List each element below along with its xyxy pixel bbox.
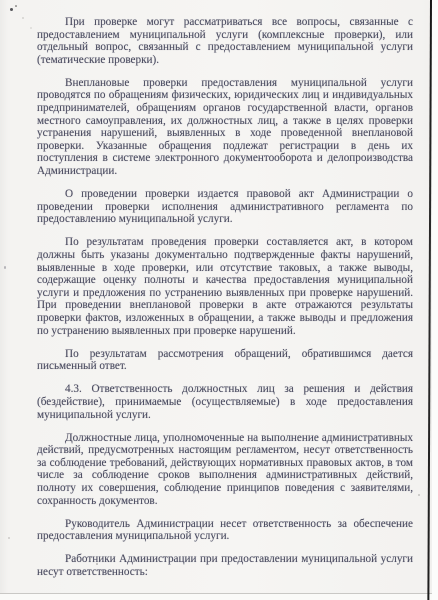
document-text: При проверке могут рассматриваться все в… (37, 16, 413, 579)
paragraph-unscheduled-inspections: Внеплановые проверки предоставления муни… (37, 77, 413, 178)
paragraph-inspections-scope: При проверке могут рассматриваться все в… (37, 16, 413, 66)
scan-artifact-dot (4, 266, 6, 269)
paragraph-officials-responsibility: Должностные лица, уполномоченные на выпо… (37, 432, 413, 508)
scan-artifact-dot (8, 537, 10, 539)
scanned-document-page: При проверке могут рассматриваться все в… (0, 0, 438, 600)
scan-artifact-dot (30, 27, 32, 29)
paragraph-head-responsibility: Руководитель Администрации несет ответст… (37, 518, 413, 543)
scanner-margin-background (432, 0, 438, 600)
scan-bottom-edge (0, 593, 438, 600)
scan-artifact-dot (10, 8, 13, 11)
scan-artifact-dot (15, 5, 17, 7)
scan-artifact-dot (22, 17, 24, 19)
paragraph-inspection-legal-act: О проведении проверки издается правовой … (37, 188, 413, 226)
paragraph-inspection-report: По результатам проведения проверки соста… (37, 236, 413, 337)
paragraph-section-4-3-heading: 4.3. Ответственность должностных лиц за … (37, 383, 413, 421)
scan-artifact-dot (96, 563, 98, 565)
scan-artifact-dot (418, 494, 420, 496)
paragraph-written-reply: По результатам рассмотрения обращений, о… (37, 348, 413, 373)
paragraph-staff-responsibility: Работники Администрации при предоставлен… (37, 553, 413, 578)
